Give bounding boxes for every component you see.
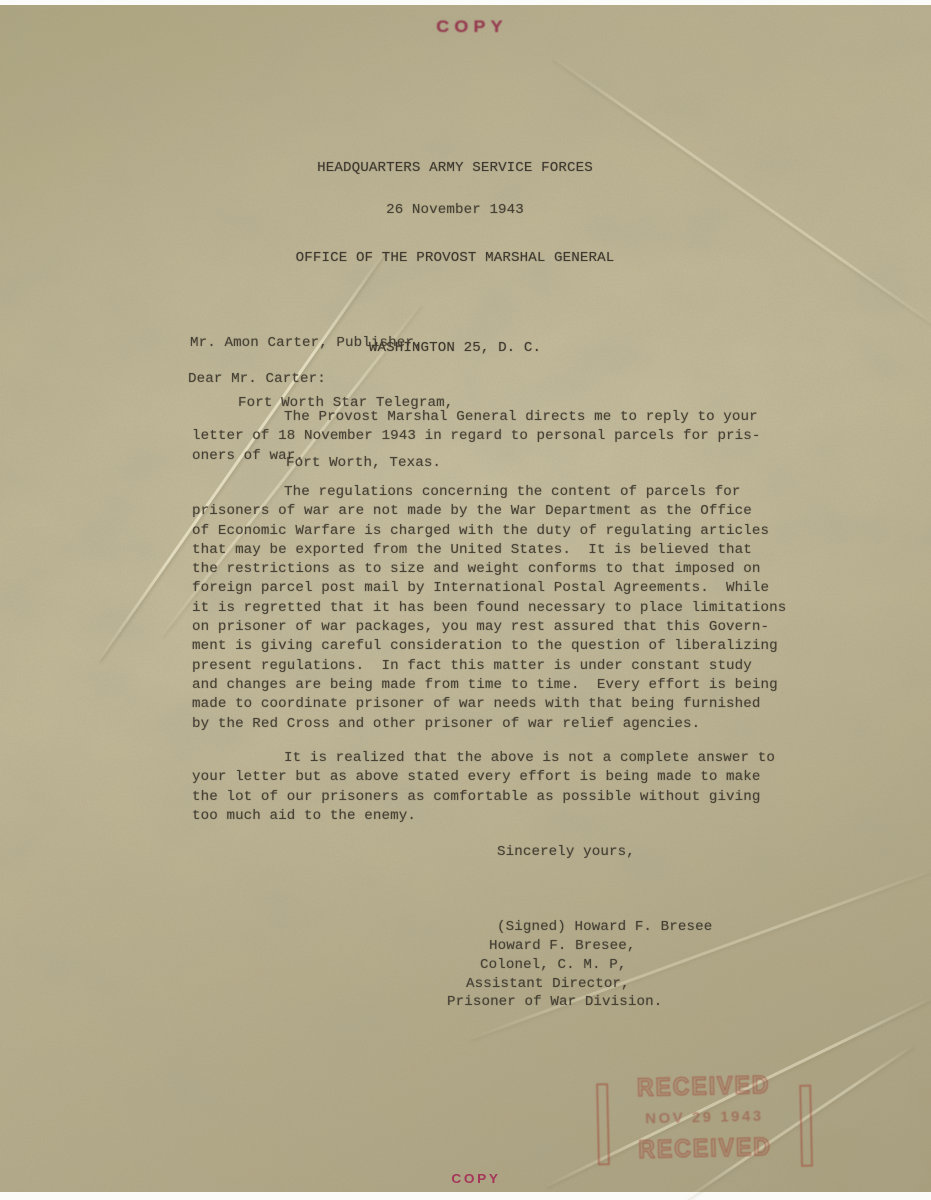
stamp-date: NOV 29 1943 [597,1107,812,1129]
body-paragraph-1: The Provost Marshal General directs me t… [192,408,832,466]
signature-rank: Colonel, C. M. P, [480,956,626,975]
copy-stamp-bottom: COPY [451,1171,500,1186]
recipient-name: Mr. Amon Carter, Publisher, [190,333,453,353]
received-date-stamp: RECEIVED NOV 29 1943 RECEIVED [596,1071,813,1174]
signature-name: Howard F. Bresee, [489,937,635,956]
stamp-word-bottom: RECEIVED [611,1132,799,1165]
signature-division: Prisoner of War Division. [447,993,662,1012]
signature-title: Assistant Director, [466,975,630,994]
body-paragraph-3: It is realized that the above is not a c… [192,749,832,826]
closing: Sincerely yours, [497,843,635,862]
signature-signed-line: (Signed) Howard F. Bresee [497,918,712,937]
date-line: 26 November 1943 [0,201,910,220]
copy-stamp-top: COPY [436,17,508,37]
letter-paper: COPY COPY HEADQUARTERS ARMY SERVICE FORC… [0,5,931,1192]
recipient-address: Mr. Amon Carter, Publisher, Fort Worth S… [190,293,453,513]
letterhead-line2: OFFICE OF THE PROVOST MARSHAL GENERAL [0,243,910,273]
stamp-word-top: RECEIVED [610,1070,798,1103]
letterhead-line3: WASHINGTON 25, D. C. [0,333,910,363]
letterhead: HEADQUARTERS ARMY SERVICE FORCES OFFICE … [0,93,910,423]
body-paragraph-2: The regulations concerning the content o… [192,483,832,734]
stamp-ornament-right [799,1085,813,1167]
salutation: Dear Mr. Carter: [188,370,326,389]
letterhead-line1: HEADQUARTERS ARMY SERVICE FORCES [0,153,910,183]
